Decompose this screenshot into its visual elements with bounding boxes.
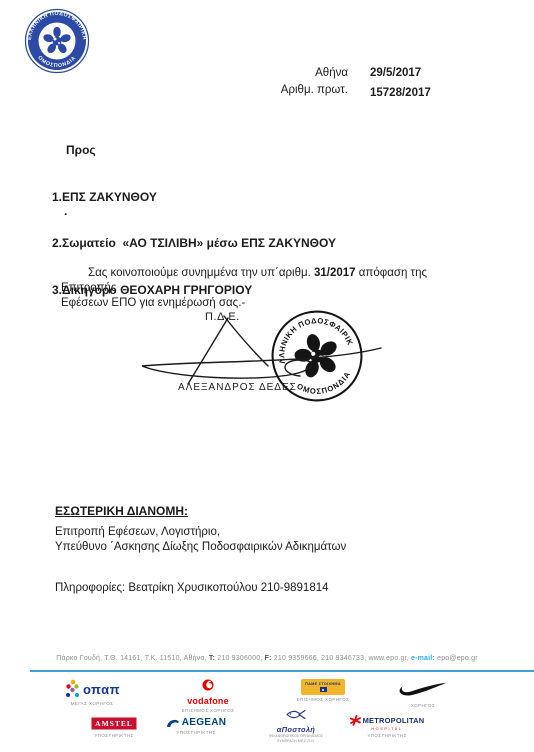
sponsor-aegean: AEGEAN ΥΠΟΣΤΗΡΙΚΤΗΣ [163,717,229,735]
contact-info-line: Πληροφορίες: Βεατρίκη Χρυσικοπούλου 210-… [55,582,329,594]
sponsor-pame-stoixima: ΠΑΜΕ ΣΤΟΙΧΗΜΑ ΕΠΙΣΗΜΟΣ ΧΟΡΗΓΟΣ [291,679,355,702]
footer-fax-web: 210 9359666, 210 9346733, www.epo.gr, [272,655,411,662]
pame-stoixima-wordmark: ΠΑΜΕ ΣΤΟΙΧΗΜΑ [305,682,341,686]
footer-address: Πάρκο Γουδή, Τ.Θ. 14161, Τ.Κ. 11510, Αθή… [56,655,209,662]
sponsor-amstel: AMSTEL ΥΠΟΣΤΗΡΙΚΤΗΣ [86,716,142,738]
recipient-line: 2.Σωματείο «ΑΟ ΤΣΙΛΙΒΗ» μέσω ΕΠΣ ΖΑΚΥΝΘΟ… [52,236,336,252]
nike-tier-label: ΧΟΡΗΓΟΣ [396,703,450,708]
distribution-line: Επιτροπή Εφέσεων, Λογιστήριο, [55,525,346,540]
amstel-wordmark: AMSTEL [95,719,133,728]
distribution-line: Υπεύθυνο ΄Ασκησης Δίωξης Ποδοσφαιρικών Α… [55,540,346,555]
sponsor-metropolitan: METROPOLITAN HOSPITAL ΥΠΟΣΤΗΡΙΚΤΗΣ [346,715,428,738]
footer-fax-label: F: [265,655,272,662]
pame-stoixima-tier-label: ΕΠΙΣΗΜΟΣ ΧΟΡΗΓΟΣ [291,697,355,702]
signer-name: ΑΛΕΞΑΝΔΡΟΣ ΔΕΔΕΣ [178,382,297,393]
footer-email-label: e-mail: [411,655,435,662]
protocol-label: Αριθμ. πρωτ. [278,84,348,96]
apostoli-fish-icon [286,709,306,720]
body-paragraph: Σας κοινοποιούμε συνημμένα την υπ΄αριθμ.… [61,266,479,311]
vodafone-mark-icon [202,679,214,691]
amstel-logo-icon: AMSTEL [90,716,138,731]
vodafone-tier-label: ΕΠΙΣΗΜΟΣ ΧΟΡΗΓΟΣ [178,708,238,713]
recipient-line: 1.ΕΠΣ ΖΑΚΥΝΘΟΥ [52,190,336,206]
footer-email: epo@epo.gr [435,655,478,662]
metropolitan-star-icon [350,715,361,726]
metropolitan-hospital-label: HOSPITAL [346,727,428,731]
aegean-tier-label: ΥΠΟΣΤΗΡΙΚΤΗΣ [163,730,229,735]
opap-wordmark: οπαπ [83,682,120,697]
pame-stoixima-emblem-icon [320,687,327,692]
footer-tel: 210 9306000, [215,655,265,662]
sponsor-opap: οπαπ ΜΕΓΑΣ ΧΟΡΗΓΟΣ [56,679,128,706]
nike-swoosh-icon [399,682,447,696]
metropolitan-tier-label: ΥΠΟΣΤΗΡΙΚΤΗΣ [346,733,428,738]
city-label: Αθήνα [278,67,348,79]
distribution-title: ΕΣΩΤΕΡΙΚΗ ΔΙΑΝΟΜΗ: [55,504,346,518]
vodafone-wordmark: vodafone [178,696,238,706]
sponsor-vodafone: vodafone ΕΠΙΣΗΜΟΣ ΧΟΡΗΓΟΣ [178,678,238,713]
apostoli-wordmark: αΠοστολή [266,725,326,734]
decision-number: 31/2017 [314,267,356,279]
aegean-swirl-icon [166,718,180,728]
body-text-line2: Εφέσεων ΕΠΟ για ενημέρωσή σας.- [61,297,245,309]
apostoli-partnership-label: ΣΥΜΠΡΑΞΗ ΜΕ Ε.Π.Ο. [266,739,326,744]
letter-page: ΕΛΛΗΝΙΚΗ ΠΟΔΟΣΦΑΙΡΙΚΗ ΟΜΟΣΠΟΝΔΙΑ Αθήνα 2… [0,0,534,752]
opap-figure-icon [64,679,81,699]
sponsor-nike: ΧΟΡΗΓΟΣ [396,682,450,708]
recipients-label: Προς [66,143,336,159]
body-text-before: Σας κοινοποιούμε συνημμένα την υπ΄αριθμ. [88,267,314,279]
sponsor-apostoli: αΠοστολή ΦΙΛΑΝΘΡΩΠΙΚΟΣ ΟΡΓΑΝΙΣΜΟΣ ΣΥΜΠΡΑ… [266,707,326,743]
internal-distribution-block: ΕΣΩΤΕΡΙΚΗ ΔΙΑΝΟΜΗ: Επιτροπή Εφέσεων, Λογ… [55,504,346,555]
pame-stoixima-logo-icon: ΠΑΜΕ ΣΤΟΙΧΗΜΑ [301,679,345,695]
stray-period-mark: . [64,204,67,218]
aegean-wordmark: AEGEAN [182,717,227,728]
epo-crest-logo-icon: ΕΛΛΗΝΙΚΗ ΠΟΔΟΣΦΑΙΡΙΚΗ ΟΜΟΣΠΟΝΔΙΑ [24,8,90,74]
letter-date: 29/5/2017 [370,67,421,79]
protocol-number: 15728/2017 [370,87,431,99]
amstel-tier-label: ΥΠΟΣΤΗΡΙΚΤΗΣ [86,733,142,738]
metropolitan-wordmark: METROPOLITAN [363,716,425,725]
footer-address-line: Πάρκο Γουδή, Τ.Θ. 14161, Τ.Κ. 11510, Αθή… [0,655,534,662]
apostoli-subtitle: ΦΙΛΑΝΘΡΩΠΙΚΟΣ ΟΡΓΑΝΙΣΜΟΣ [266,734,326,739]
footer-divider-rule [30,670,534,672]
opap-tier-label: ΜΕΓΑΣ ΧΟΡΗΓΟΣ [56,701,128,706]
